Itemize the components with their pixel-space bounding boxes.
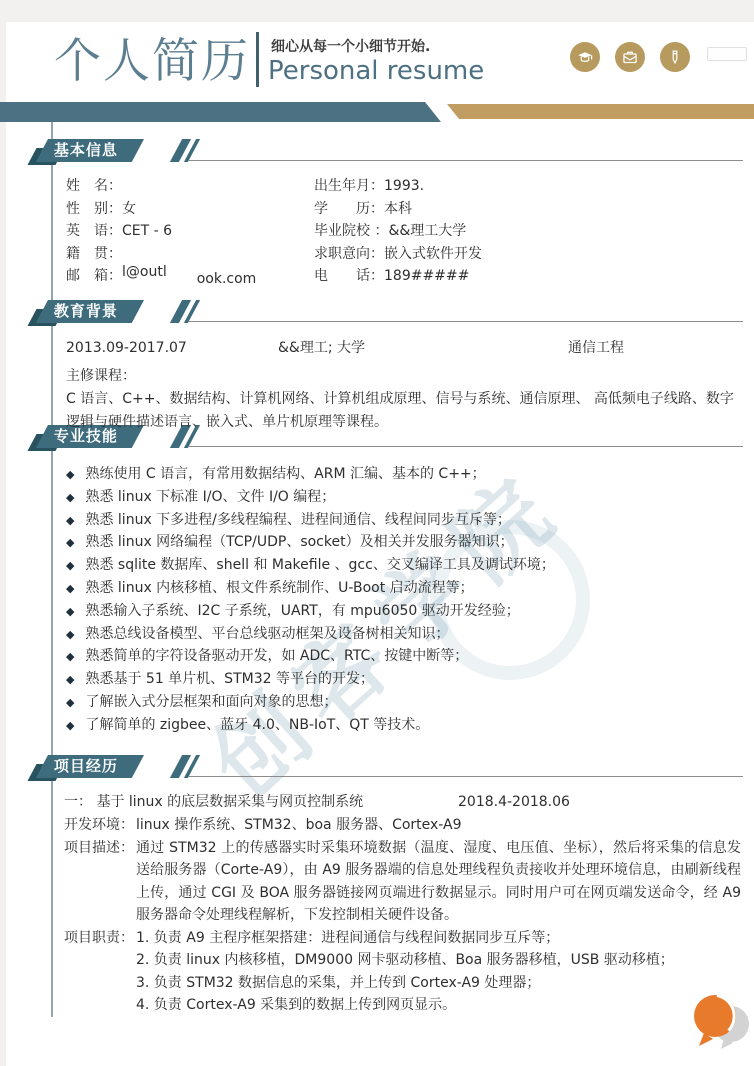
courses-label: 主修课程： bbox=[66, 364, 741, 388]
field-row-email: 邮 箱：l@outlook.com bbox=[66, 265, 314, 288]
basic-info-left-column: 姓 名： 性 别：女 英 语：CET - 6 籍 贯： 邮 箱：l@outloo… bbox=[66, 175, 314, 288]
field-label: 电 话： bbox=[314, 265, 384, 288]
header-bar bbox=[0, 102, 754, 122]
field-value: 本科 bbox=[384, 201, 412, 217]
basic-info-title: 基本信息 bbox=[54, 139, 126, 162]
skill-item: ◆熟悉简单的字符设备驱动开发，如 ADC、RTC、按键中断等； bbox=[66, 645, 741, 668]
pencil-icon bbox=[660, 42, 690, 72]
field-value: 女 bbox=[122, 201, 136, 217]
skill-item: ◆熟悉 linux 网络编程（TCP/UDP、socket）及相关并发服务器知识… bbox=[66, 531, 741, 554]
field-row: 姓 名： bbox=[66, 175, 314, 198]
courses-text: C 语言、C++、数据结构、计算机网络、计算机组成原理、信号与系统、通信原理、 … bbox=[66, 388, 736, 434]
project-desc-row: 项目描述： 通过 STM32 上的传感器实时采集环境数据（温度、湿度、电压值、坐… bbox=[64, 837, 741, 927]
duties-label: 项目职责： bbox=[64, 927, 136, 1017]
skill-text: 熟练使用 C 语言，有常用数据结构、ARM 汇编、基本的 C++； bbox=[85, 463, 485, 486]
education-row: 2013.09-2017.07 &&理工; 大学 通信工程 bbox=[66, 336, 741, 360]
section-education: 教育背景 2013.09-2017.07 &&理工; 大学 通信工程 主修课程：… bbox=[38, 300, 745, 434]
field-row: 毕业院校 ：&&理工大学 bbox=[314, 220, 741, 243]
field-row: 出生年月：1993. bbox=[314, 175, 741, 198]
field-value: 189##### bbox=[384, 268, 469, 284]
skill-text: 熟悉简单的字符设备驱动开发，如 ADC、RTC、按键中断等； bbox=[85, 645, 468, 668]
project-duties-row: 项目职责： 1. 负责 A9 主程序框架搭建：进程间通信与线程间数据同步互斥等；… bbox=[64, 927, 741, 1017]
field-row: 求职意向：嵌入式软件开发 bbox=[314, 243, 741, 266]
education-period: 2013.09-2017.07 bbox=[66, 336, 278, 360]
skill-text: 熟悉 linux 下标准 I/O、文件 I/O 编程； bbox=[85, 486, 335, 509]
skill-item: ◆熟悉 linux 下标准 I/O、文件 I/O 编程； bbox=[66, 486, 741, 509]
tagline-zh: 细心从每一个小细节开始. bbox=[271, 36, 430, 56]
skill-list: ◆熟练使用 C 语言，有常用数据结构、ARM 汇编、基本的 C++； ◆熟悉 l… bbox=[66, 463, 741, 737]
skill-item: ◆熟悉基于 51 单片机、STM32 等平台的开发； bbox=[66, 668, 741, 691]
skill-item: ◆熟练使用 C 语言，有常用数据结构、ARM 汇编、基本的 C++； bbox=[66, 463, 741, 486]
skill-item: ◆熟悉 sqlite 数据库、shell 和 Makefile 、gcc、交叉编… bbox=[66, 554, 741, 577]
duty-item: 3. 负责 STM32 数据信息的采集，并上传到 Cortex-A9 处理器； bbox=[136, 972, 741, 995]
skill-text: 熟悉 linux 下多进程/多线程编程、进程间通信、线程间同步互斥等； bbox=[85, 509, 510, 532]
project-name: 一： 基于 linux 的底层数据采集与网页控制系统 bbox=[64, 791, 458, 814]
duty-item: 2. 负责 linux 内核移植，DM9000 网卡驱动移植、Boa 服务器移植… bbox=[136, 949, 741, 972]
diamond-bullet-icon: ◆ bbox=[66, 532, 74, 555]
tagline-en: Personal resume bbox=[268, 56, 484, 86]
banner-rule bbox=[188, 776, 743, 777]
projects-banner: 项目经历 bbox=[38, 755, 745, 778]
resume-page: 创客学院 个人简历 细心从每一个小细节开始. Personal resume bbox=[0, 0, 754, 1066]
diamond-bullet-icon: ◆ bbox=[66, 555, 74, 578]
env-value: linux 操作系统、STM32、boa 服务器、Cortex-A9 bbox=[136, 814, 741, 837]
skill-text: 了解简单的 zigbee、蓝牙 4.0、NB-IoT、QT 等技术。 bbox=[85, 714, 429, 737]
skill-item: ◆熟悉 linux 内核移植、根文件系统制作、U-Boot 启动流程等； bbox=[66, 577, 741, 600]
diamond-bullet-icon: ◆ bbox=[66, 510, 74, 533]
skill-text: 熟悉输入子系统、I2C 子系统，UART，有 mpu6050 驱动开发经验； bbox=[85, 600, 519, 623]
duty-item: 4. 负责 Cortex-A9 采集到的数据上传到网页显示。 bbox=[136, 994, 741, 1017]
education-banner: 教育背景 bbox=[38, 300, 745, 323]
email-part-top: l@outl bbox=[122, 264, 167, 280]
page-title: 个人简历 bbox=[54, 24, 250, 91]
diamond-bullet-icon: ◆ bbox=[66, 715, 74, 738]
field-label: 毕业院校 ： bbox=[314, 220, 388, 243]
section-projects: 项目经历 一： 基于 linux 的底层数据采集与网页控制系统 2018.4-2… bbox=[38, 755, 745, 1017]
education-major: 通信工程 bbox=[513, 336, 741, 360]
projects-title: 项目经历 bbox=[54, 755, 126, 778]
field-row: 电 话：189##### bbox=[314, 265, 741, 288]
page-top-edge bbox=[0, 0, 754, 22]
header-divider bbox=[256, 32, 259, 87]
duties-list: 1. 负责 A9 主程序框架搭建：进程间通信与线程间数据同步互斥等； 2. 负责… bbox=[136, 927, 741, 1017]
briefcase-icon bbox=[615, 42, 645, 72]
skill-text: 了解嵌入式分层框架和面向对象的思想； bbox=[85, 691, 337, 714]
project-env-row: 开发环境： linux 操作系统、STM32、boa 服务器、Cortex-A9 bbox=[64, 814, 741, 837]
field-label: 英 语： bbox=[66, 220, 122, 243]
desc-label: 项目描述： bbox=[64, 837, 136, 927]
basic-info-right-column: 出生年月：1993. 学 历：本科 毕业院校 ：&&理工大学 求职意向：嵌入式软… bbox=[314, 175, 741, 288]
header-bar-teal bbox=[0, 102, 441, 122]
skill-item: ◆了解嵌入式分层框架和面向对象的思想； bbox=[66, 691, 741, 714]
field-value: &&理工大学 bbox=[388, 223, 466, 239]
skill-text: 熟悉 linux 网络编程（TCP/UDP、socket）及相关并发服务器知识； bbox=[85, 531, 513, 554]
project-title-row: 一： 基于 linux 的底层数据采集与网页控制系统 2018.4-2018.0… bbox=[64, 791, 741, 814]
field-row: 性 别：女 bbox=[66, 198, 314, 221]
field-value: 1993. bbox=[384, 178, 424, 194]
field-row: 英 语：CET - 6 bbox=[66, 220, 314, 243]
section-basic-info: 基本信息 姓 名： 性 别：女 英 语：CET - 6 籍 贯： 邮 箱：l@o… bbox=[38, 139, 745, 288]
skill-text: 熟悉基于 51 单片机、STM32 等平台的开发； bbox=[85, 668, 374, 691]
field-row: 籍 贯： bbox=[66, 243, 314, 266]
graduation-cap-icon bbox=[570, 42, 600, 72]
field-label: 求职意向： bbox=[314, 243, 384, 266]
basic-info-banner: 基本信息 bbox=[38, 139, 745, 162]
header-icons bbox=[570, 42, 690, 72]
page-left-edge bbox=[0, 0, 6, 1066]
diamond-bullet-icon: ◆ bbox=[66, 487, 74, 510]
field-label: 邮 箱： bbox=[66, 265, 122, 288]
education-school: &&理工; 大学 bbox=[278, 336, 513, 360]
skill-item: ◆了解简单的 zigbee、蓝牙 4.0、NB-IoT、QT 等技术。 bbox=[66, 714, 741, 737]
diamond-bullet-icon: ◆ bbox=[66, 578, 74, 601]
field-value: 嵌入式软件开发 bbox=[384, 246, 482, 262]
skill-item: ◆熟悉总线设备模型、平台总线驱动框架及设备树相关知识； bbox=[66, 623, 741, 646]
field-label: 出生年月： bbox=[314, 175, 384, 198]
diamond-bullet-icon: ◆ bbox=[66, 601, 74, 624]
education-title: 教育背景 bbox=[54, 300, 126, 323]
banner-rule bbox=[188, 446, 743, 447]
diamond-bullet-icon: ◆ bbox=[66, 624, 74, 647]
field-label: 学 历： bbox=[314, 198, 384, 221]
skill-text: 熟悉 linux 内核移植、根文件系统制作、U-Boot 启动流程等； bbox=[85, 577, 473, 600]
field-label: 籍 贯： bbox=[66, 243, 122, 266]
diamond-bullet-icon: ◆ bbox=[66, 646, 74, 669]
diamond-bullet-icon: ◆ bbox=[66, 669, 74, 692]
banner-rule bbox=[188, 160, 743, 161]
diamond-bullet-icon: ◆ bbox=[66, 464, 74, 487]
corner-box bbox=[707, 47, 747, 61]
diamond-bullet-icon: ◆ bbox=[66, 692, 74, 715]
field-value: CET - 6 bbox=[122, 223, 172, 239]
field-label: 性 别： bbox=[66, 198, 122, 221]
field-row: 学 历：本科 bbox=[314, 198, 741, 221]
skill-item: ◆熟悉 linux 下多进程/多线程编程、进程间通信、线程间同步互斥等； bbox=[66, 509, 741, 532]
banner-rule bbox=[188, 321, 743, 322]
project-period: 2018.4-2018.06 bbox=[458, 791, 741, 814]
skill-item: ◆熟悉输入子系统、I2C 子系统，UART，有 mpu6050 驱动开发经验； bbox=[66, 600, 741, 623]
section-skills: 专业技能 ◆熟练使用 C 语言，有常用数据结构、ARM 汇编、基本的 C++； … bbox=[38, 425, 745, 737]
duty-item: 1. 负责 A9 主程序框架搭建：进程间通信与线程间数据同步互斥等； bbox=[136, 927, 741, 950]
env-label: 开发环境： bbox=[64, 814, 136, 837]
skill-text: 熟悉 sqlite 数据库、shell 和 Makefile 、gcc、交叉编译… bbox=[85, 554, 554, 577]
email-part-bottom: ook.com bbox=[197, 271, 257, 287]
field-label: 姓 名： bbox=[66, 175, 122, 198]
header-bar-gold bbox=[447, 104, 754, 119]
skill-text: 熟悉总线设备模型、平台总线驱动框架及设备树相关知识； bbox=[85, 623, 449, 646]
desc-text: 通过 STM32 上的传感器实时采集环境数据（温度、湿度、电压值、坐标），然后将… bbox=[136, 837, 741, 927]
